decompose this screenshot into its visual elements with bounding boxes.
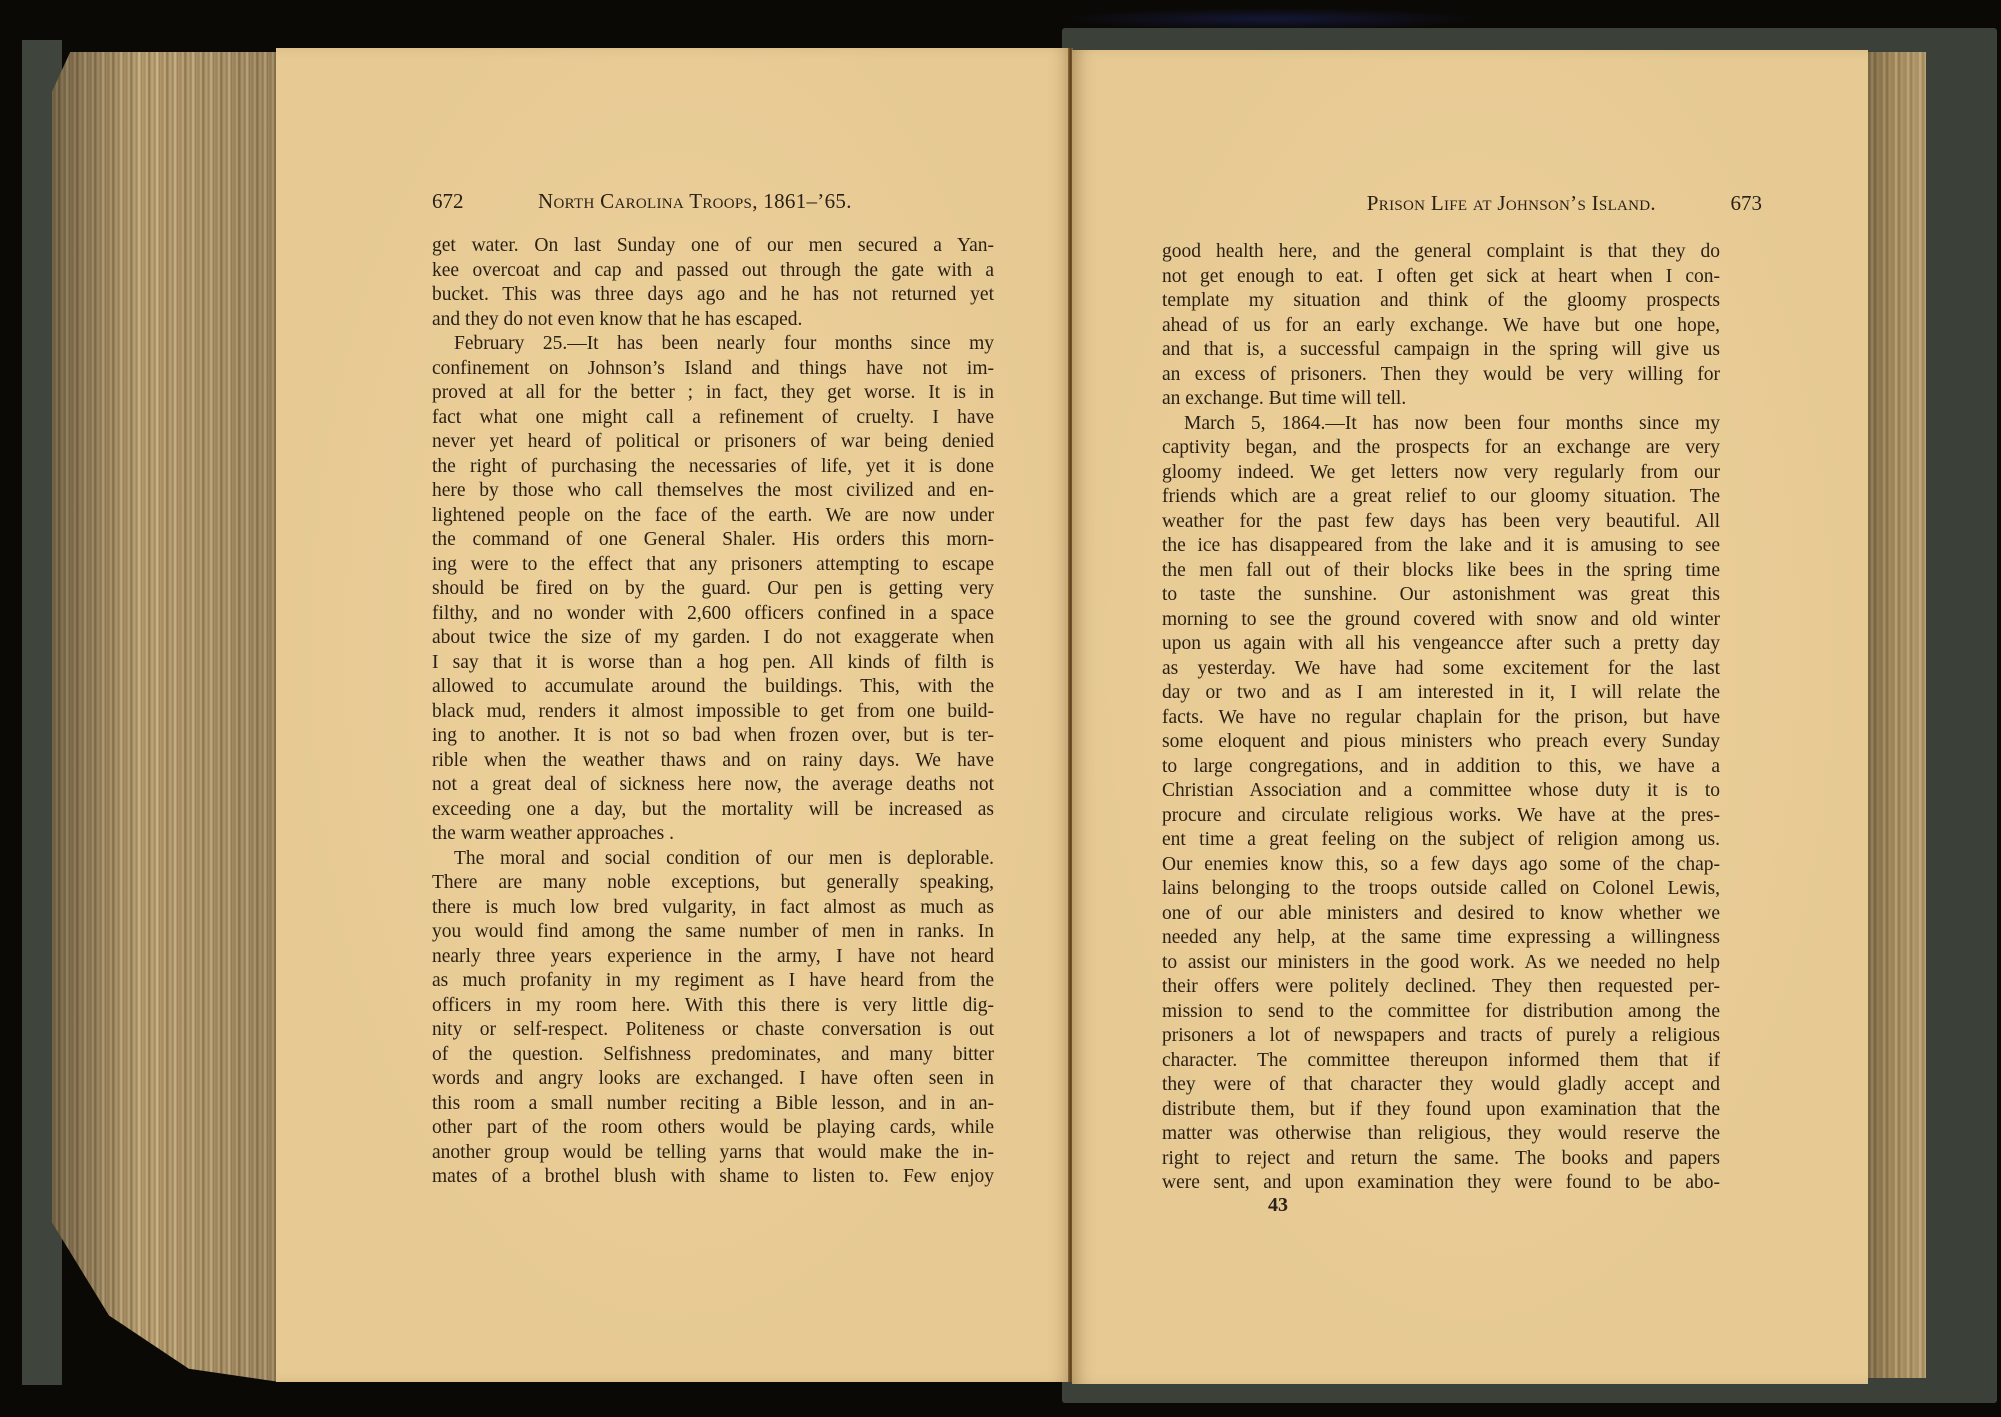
text-line: as yesterday. We have had some excitemen… bbox=[1162, 657, 1720, 682]
text-line: to large congregations, and in addition … bbox=[1162, 755, 1720, 780]
text-line: filthy, and no wonder with 2,600 officer… bbox=[432, 602, 994, 627]
text-line: lains belonging to the troops outside ca… bbox=[1162, 877, 1720, 902]
text-line: facts. We have no regular chaplain for t… bbox=[1162, 706, 1720, 731]
text-line: they were of that character they would g… bbox=[1162, 1073, 1720, 1098]
text-line: matter was otherwise than religious, the… bbox=[1162, 1122, 1720, 1147]
signature-mark: 43 bbox=[1268, 1194, 1288, 1217]
text-line: the warm weather approaches . bbox=[432, 822, 994, 847]
text-line: there is much low bred vulgarity, in fac… bbox=[432, 896, 994, 921]
text-line: morning to see the ground covered with s… bbox=[1162, 608, 1720, 633]
text-line: this room a small number reciting a Bibl… bbox=[432, 1092, 994, 1117]
text-line: weather for the past few days has been v… bbox=[1162, 510, 1720, 535]
running-head-right: Prison Life at Johnson’s Island. 673 bbox=[1072, 188, 1868, 218]
text-line: the right of purchasing the necessaries … bbox=[432, 455, 994, 480]
text-line: procure and circulate religious works. W… bbox=[1162, 804, 1720, 829]
text-line: of the question. Selfishness predominate… bbox=[432, 1043, 994, 1068]
running-head-left: 672 North Carolina Troops, 1861–’65. bbox=[276, 186, 1072, 216]
text-line: fact what one might call a refinement of… bbox=[432, 406, 994, 431]
right-page: Prison Life at Johnson’s Island. 673 goo… bbox=[1072, 50, 1868, 1384]
text-line: ing to another. It is not so bad when fr… bbox=[432, 724, 994, 749]
text-line: an exchange. But time will tell. bbox=[1162, 387, 1720, 412]
text-line: exceeding one a day, but the mortality w… bbox=[432, 798, 994, 823]
text-line: and that is, a successful campaign in th… bbox=[1162, 338, 1720, 363]
text-line: here by those who call themselves the mo… bbox=[432, 479, 994, 504]
text-line: template my situation and think of the g… bbox=[1162, 289, 1720, 314]
text-line: ing were to the effect that any prisoner… bbox=[432, 553, 994, 578]
text-line: to assist our ministers in the good work… bbox=[1162, 951, 1720, 976]
text-line: ahead of us for an early exchange. We ha… bbox=[1162, 314, 1720, 339]
text-line: March 5, 1864.—It has now been four mont… bbox=[1162, 412, 1720, 437]
text-line: captivity began, and the prospects for a… bbox=[1162, 436, 1720, 461]
text-line: another group would be telling yarns tha… bbox=[432, 1141, 994, 1166]
text-line: other part of the room others would be p… bbox=[432, 1116, 994, 1141]
text-line: kee overcoat and cap and passed out thro… bbox=[432, 259, 994, 284]
page-number: 672 bbox=[432, 186, 464, 216]
text-line: the command of one General Shaler. His o… bbox=[432, 528, 994, 553]
text-line: rible when the weather thaws and on rain… bbox=[432, 749, 994, 774]
body-text: get water. On last Sunday one of our men… bbox=[432, 234, 994, 1190]
text-line: friends which are a great relief to our … bbox=[1162, 485, 1720, 510]
text-line: some eloquent and pious ministers who pr… bbox=[1162, 730, 1720, 755]
text-line: about twice the size of my garden. I do … bbox=[432, 626, 994, 651]
text-line: needed any help, at the same time expres… bbox=[1162, 926, 1720, 951]
text-line: The moral and social condition of our me… bbox=[432, 847, 994, 872]
text-line: black mud, renders it almost impossible … bbox=[432, 700, 994, 725]
text-line: you would find among the same number of … bbox=[432, 920, 994, 945]
text-line: right to reject and return the same. The… bbox=[1162, 1147, 1720, 1172]
text-line: mission to send to the committee for dis… bbox=[1162, 1000, 1720, 1025]
text-line: gloomy indeed. We get letters now very r… bbox=[1162, 461, 1720, 486]
text-line: one of our able ministers and desired to… bbox=[1162, 902, 1720, 927]
text-line: confinement on Johnson’s Island and thin… bbox=[432, 357, 994, 382]
text-line: distribute them, but if they found upon … bbox=[1162, 1098, 1720, 1123]
text-line: ent time a great feeling on the subject … bbox=[1162, 828, 1720, 853]
text-line: the ice has disappeared from the lake an… bbox=[1162, 534, 1720, 559]
text-line: and they do not even know that he has es… bbox=[432, 308, 994, 333]
page-edges-right bbox=[1866, 52, 1926, 1378]
left-page: 672 North Carolina Troops, 1861–’65. get… bbox=[276, 48, 1072, 1382]
page-edges-left bbox=[52, 52, 280, 1382]
text-line: nity or self-respect. Politeness or chas… bbox=[432, 1018, 994, 1043]
text-line: There are many noble exceptions, but gen… bbox=[432, 871, 994, 896]
text-line: as much profanity in my regiment as I ha… bbox=[432, 969, 994, 994]
text-line: prisoners a lot of newspapers and tracts… bbox=[1162, 1024, 1720, 1049]
text-line: upon us again with all his vengeancce af… bbox=[1162, 632, 1720, 657]
text-line: Our enemies know this, so a few days ago… bbox=[1162, 853, 1720, 878]
text-line: get water. On last Sunday one of our men… bbox=[432, 234, 994, 259]
text-line: officers in my room here. With this ther… bbox=[432, 994, 994, 1019]
page-number: 673 bbox=[1731, 188, 1763, 218]
text-line: not get enough to eat. I often get sick … bbox=[1162, 265, 1720, 290]
text-line: February 25.—It has been nearly four mon… bbox=[432, 332, 994, 357]
text-line: day or two and as I am interested in it,… bbox=[1162, 681, 1720, 706]
text-line: the men fall out of their blocks like be… bbox=[1162, 559, 1720, 584]
text-line: were sent, and upon examination they wer… bbox=[1162, 1171, 1720, 1196]
running-head-title: North Carolina Troops, 1861–’65. bbox=[538, 186, 852, 216]
text-line: should be fired on by the guard. Our pen… bbox=[432, 577, 994, 602]
text-line: character. The committee thereupon infor… bbox=[1162, 1049, 1720, 1074]
text-line: good health here, and the general compla… bbox=[1162, 240, 1720, 265]
text-line: allowed to accumulate around the buildin… bbox=[432, 675, 994, 700]
text-line: not a great deal of sickness here now, t… bbox=[432, 773, 994, 798]
text-line: proved at all for the better ; in fact, … bbox=[432, 381, 994, 406]
text-line: their offers were politely declined. The… bbox=[1162, 975, 1720, 1000]
text-line: nearly three years experience in the arm… bbox=[432, 945, 994, 970]
text-line: bucket. This was three days ago and he h… bbox=[432, 283, 994, 308]
text-line: mates of a brothel blush with shame to l… bbox=[432, 1165, 994, 1190]
text-line: Christian Association and a committee wh… bbox=[1162, 779, 1720, 804]
text-line: never yet heard of political or prisoner… bbox=[432, 430, 994, 455]
background-smudge bbox=[1060, 8, 1480, 30]
body-text: good health here, and the general compla… bbox=[1162, 240, 1720, 1196]
text-line: to taste the sunshine. Our astonishment … bbox=[1162, 583, 1720, 608]
text-line: I say that it is worse than a hog pen. A… bbox=[432, 651, 994, 676]
running-head-title: Prison Life at Johnson’s Island. bbox=[1367, 188, 1656, 218]
text-line: words and angry looks are exchanged. I h… bbox=[432, 1067, 994, 1092]
text-line: an excess of prisoners. Then they would … bbox=[1162, 363, 1720, 388]
text-line: lightened people on the face of the eart… bbox=[432, 504, 994, 529]
